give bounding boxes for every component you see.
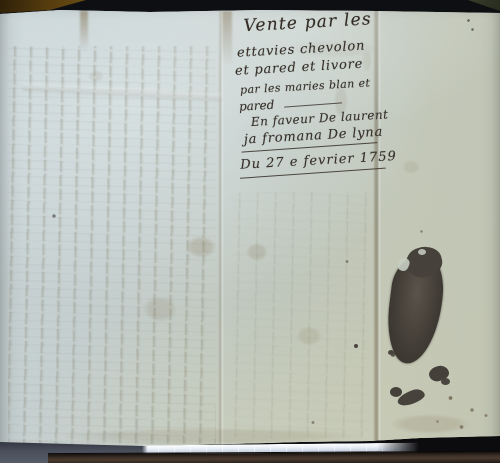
ink-blot-drop-a2 <box>441 378 450 385</box>
ink-blot-highlight-2 <box>418 249 426 255</box>
paper-sheet: Vente par les ettavies chevolon et pared… <box>0 0 500 463</box>
inscription-line-3: et pared et livore <box>235 57 364 79</box>
inscription-line-5: pared <box>239 98 275 114</box>
inscription-line-4: par les maries blan et <box>240 76 371 96</box>
table-edge-brown <box>48 451 500 463</box>
manuscript-photograph: Vente par les ettavies chevolon et pared… <box>0 0 500 463</box>
ink-blot-speck-2 <box>354 344 358 348</box>
ink-blot-speck-1 <box>388 350 394 355</box>
inscription-block: Vente par les ettavies chevolon et pared… <box>231 7 420 191</box>
inscription-flourish-dash <box>284 102 342 108</box>
dark-object-corner <box>460 0 500 12</box>
ink-blot-drop-b2 <box>390 387 402 397</box>
